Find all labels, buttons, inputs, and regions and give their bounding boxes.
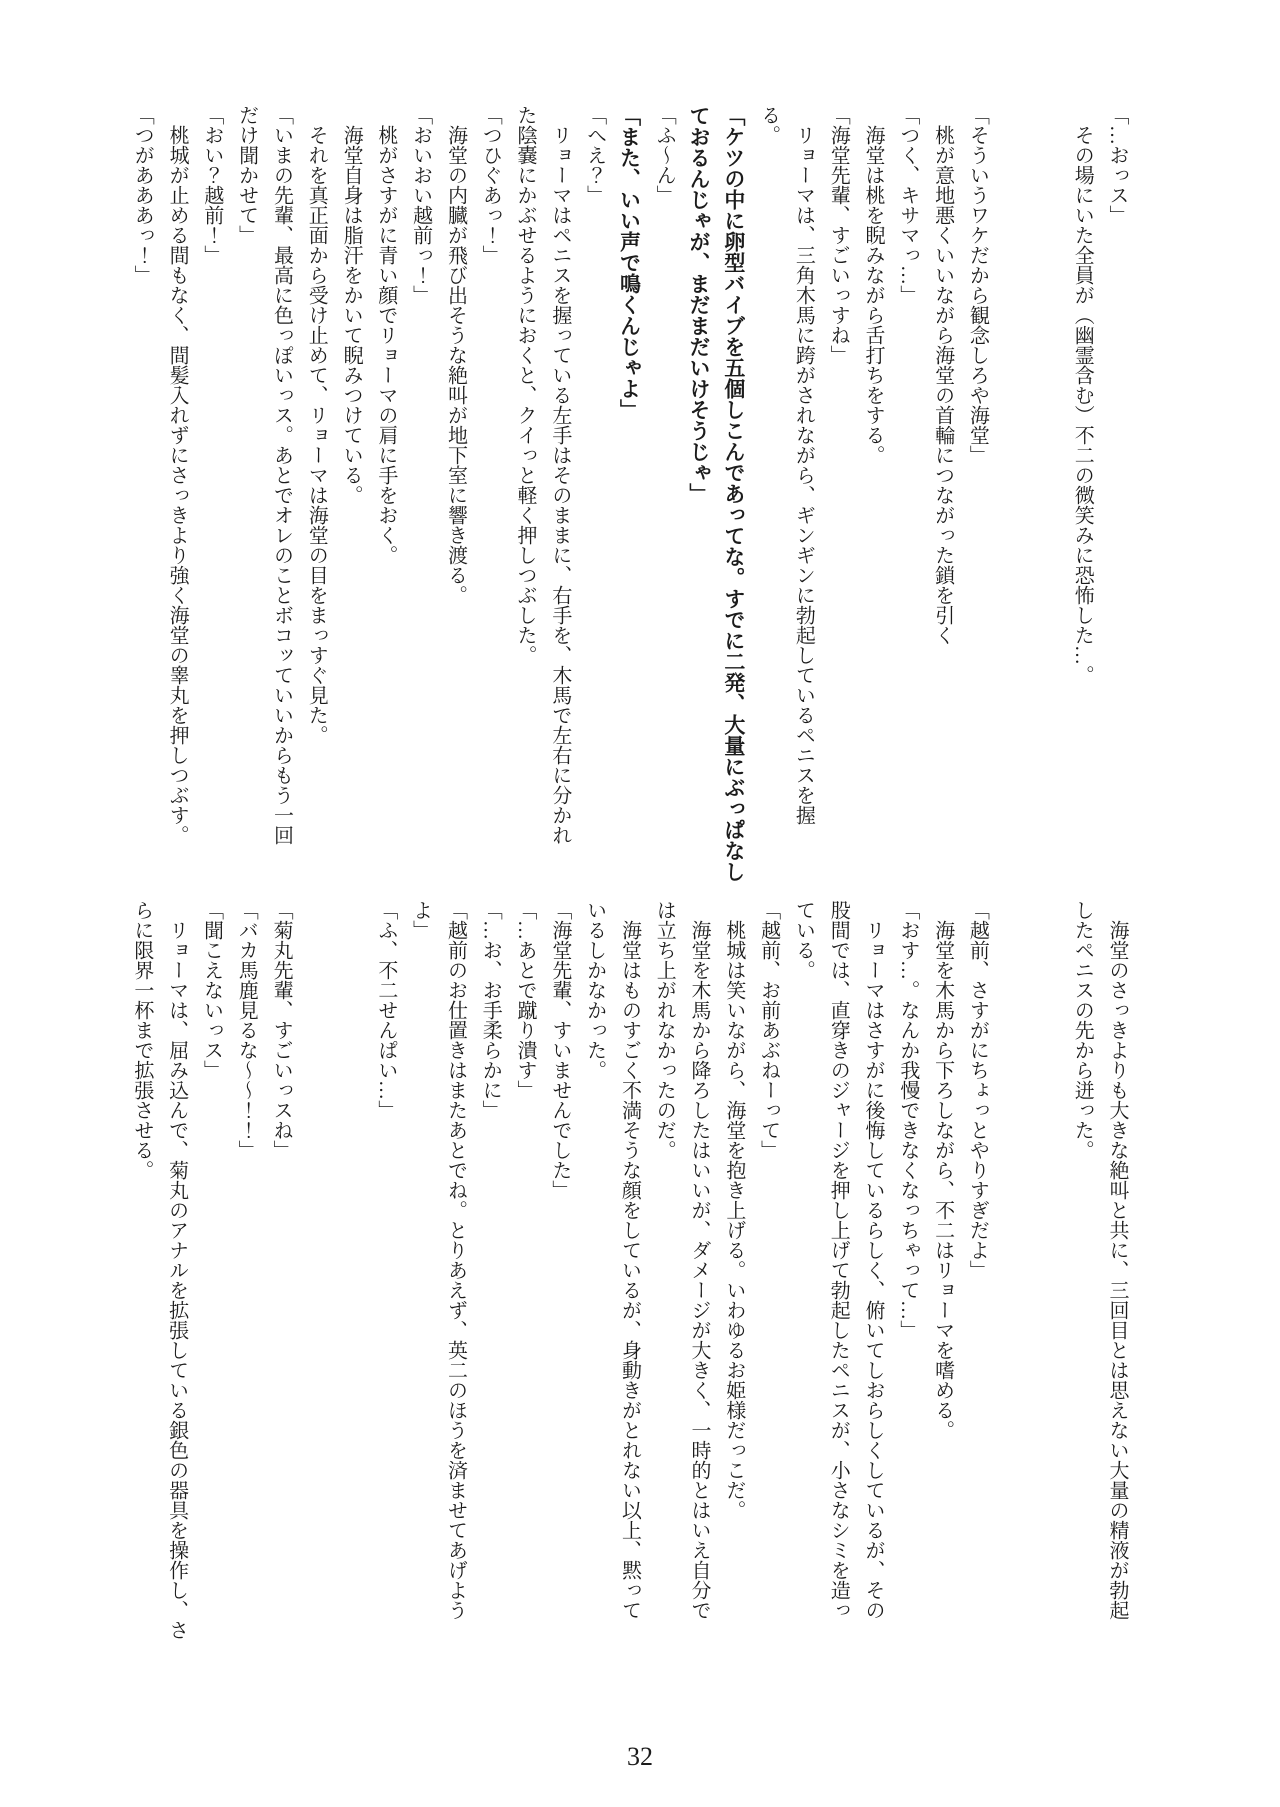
text-line: 「つく、キサマっ…」 — [890, 105, 925, 905]
text-line: したペニスの先から迸った。 — [1064, 900, 1099, 1662]
text-line: 股間では、直穿きのジャージを押し上げて勃起したペニスが、小さなシミを造っ — [820, 900, 855, 1662]
text-line: 「つひぐあっ！」 — [472, 105, 507, 905]
text-line: る。 — [751, 105, 786, 905]
text-line: 海堂はものすごく不満そうな顔をしているが、身動きがとれない以上、黙って — [612, 900, 647, 1662]
text-line: 桃がさすがに青い顔でリョーマの肩に手をおく。 — [368, 105, 403, 905]
text-line: 「また、いい声で鳴くんじゃよ」 — [612, 105, 647, 905]
text-line: 「おす…。なんか我慢できなくなっちゃって…」 — [890, 900, 925, 1662]
text-line: それを真正面から受け止めて、リョーマは海堂の目をまっすぐ見た。 — [298, 105, 333, 905]
text-line: 「越前のお仕置きはまたあとでね。とりあえず、英二のほうを済ませてあげよう — [438, 900, 473, 1662]
text-line: 桃城が止める間もなく、間髪入れずにさっきより強く海堂の睾丸を押しつぶす。 — [159, 105, 194, 905]
text-line: その場にいた全員が（幽霊含む）不二の微笑みに恐怖した…。 — [1064, 105, 1099, 905]
text-line: リョーマは、三角木馬に跨がされながら、ギンギンに勃起しているペニスを握 — [786, 105, 821, 905]
text-line: 「海堂先輩、すごいっすね」 — [820, 105, 855, 905]
text-line: た陰嚢にかぶせるようにおくと、クイっと軽く押しつぶした。 — [507, 105, 542, 905]
text-line: 海堂を木馬から降ろしたはいいが、ダメージが大きく、一時的とはいえ自分で — [681, 900, 716, 1662]
text-line: 「そういうワケだから観念しろや海堂」 — [960, 105, 995, 905]
text-line: 海堂は桃を睨みながら舌打ちをする。 — [855, 105, 890, 905]
text-line: 「…お、お手柔らかに」 — [472, 900, 507, 1662]
text-line: 「聞こえないっス」 — [194, 900, 229, 1662]
text-line: らに限界一杯まで拡張させる。 — [124, 900, 159, 1662]
text-line: 「ふ、不二せんぱい…」 — [368, 900, 403, 1662]
text-line: 海堂のさっきよりも大きな絶叫と共に、三回目とは思えない大量の精液が勃起 — [1099, 900, 1134, 1662]
text-line: だけ聞かせて」 — [229, 105, 264, 905]
text-line: 「へえ？」 — [577, 105, 612, 905]
text-line: 「…おっス」 — [1099, 105, 1134, 905]
lower-text-block: 海堂のさっきよりも大きな絶叫と共に、三回目とは思えない大量の精液が勃起したペニス… — [124, 900, 1134, 1662]
novel-page: { "page": { "number": "32", "bg_color": … — [0, 0, 1280, 1807]
text-line: 桃が意地悪くいいながら海堂の首輪につながった鎖を引く — [925, 105, 960, 905]
text-line: ておるんじゃが、まだまだいけそうじゃ」 — [681, 105, 716, 905]
text-line: 「海堂先輩、すいませんでした」 — [542, 900, 577, 1662]
page-number: 32 — [0, 1742, 1280, 1772]
text-line: よ」 — [403, 900, 438, 1662]
text-line: 「…あとで蹴り潰す」 — [507, 900, 542, 1662]
text-line: 「ケツの中に卵型バイブを五個しこんであってな。すでに二発、大量にぶっぱなし — [716, 105, 751, 905]
text-line: 「おいおい越前っ！」 — [403, 105, 438, 905]
text-line: リョーマはさすがに後悔しているらしく、俯いてしおらしくしているが、その — [855, 900, 890, 1662]
text-line: 「いまの先輩、最高に色っぽいっス。あとでオレのことボコッていいからもう一回 — [264, 105, 299, 905]
text-line: は立ち上がれなかったのだ。 — [646, 900, 681, 1662]
text-line: 海堂を木馬から下ろしながら、不二はリョーマを嗜める。 — [925, 900, 960, 1662]
text-line: 海堂自身は脂汗をかいて睨みつけている。 — [333, 105, 368, 905]
text-line: 「つがあああっ！」 — [124, 105, 159, 905]
text-line: 「バカ馬鹿見るな～～！！」 — [228, 900, 263, 1662]
text-line: ている。 — [786, 900, 821, 1662]
text-line: 「菊丸先輩、すごいっスね」 — [263, 900, 298, 1662]
text-line: 海堂の内臓が飛び出そうな絶叫が地下室に響き渡る。 — [438, 105, 473, 905]
text-line: いるしかなかった。 — [577, 900, 612, 1662]
text-line: リョーマはペニスを握っている左手はそのままに、右手を、木馬で左右に分かれ — [542, 105, 577, 905]
text-line: 「ふ〜ん」 — [646, 105, 681, 905]
text-line: 「越前、お前あぶねーって」 — [751, 900, 786, 1662]
text-line: リョーマは、屈み込んで、菊丸のアナルを拡張している銀色の器具を操作し、さ — [159, 900, 194, 1662]
text-line: 「おい？越前！」 — [194, 105, 229, 905]
text-line: 桃城は笑いながら、海堂を抱き上げる。いわゆるお姫様だっこだ。 — [716, 900, 751, 1662]
upper-text-block: 「…おっス」その場にいた全員が（幽霊含む）不二の微笑みに恐怖した…。「そういうワ… — [124, 105, 1134, 905]
text-line: 「越前、さすがにちょっとやりすぎだよ」 — [960, 900, 995, 1662]
